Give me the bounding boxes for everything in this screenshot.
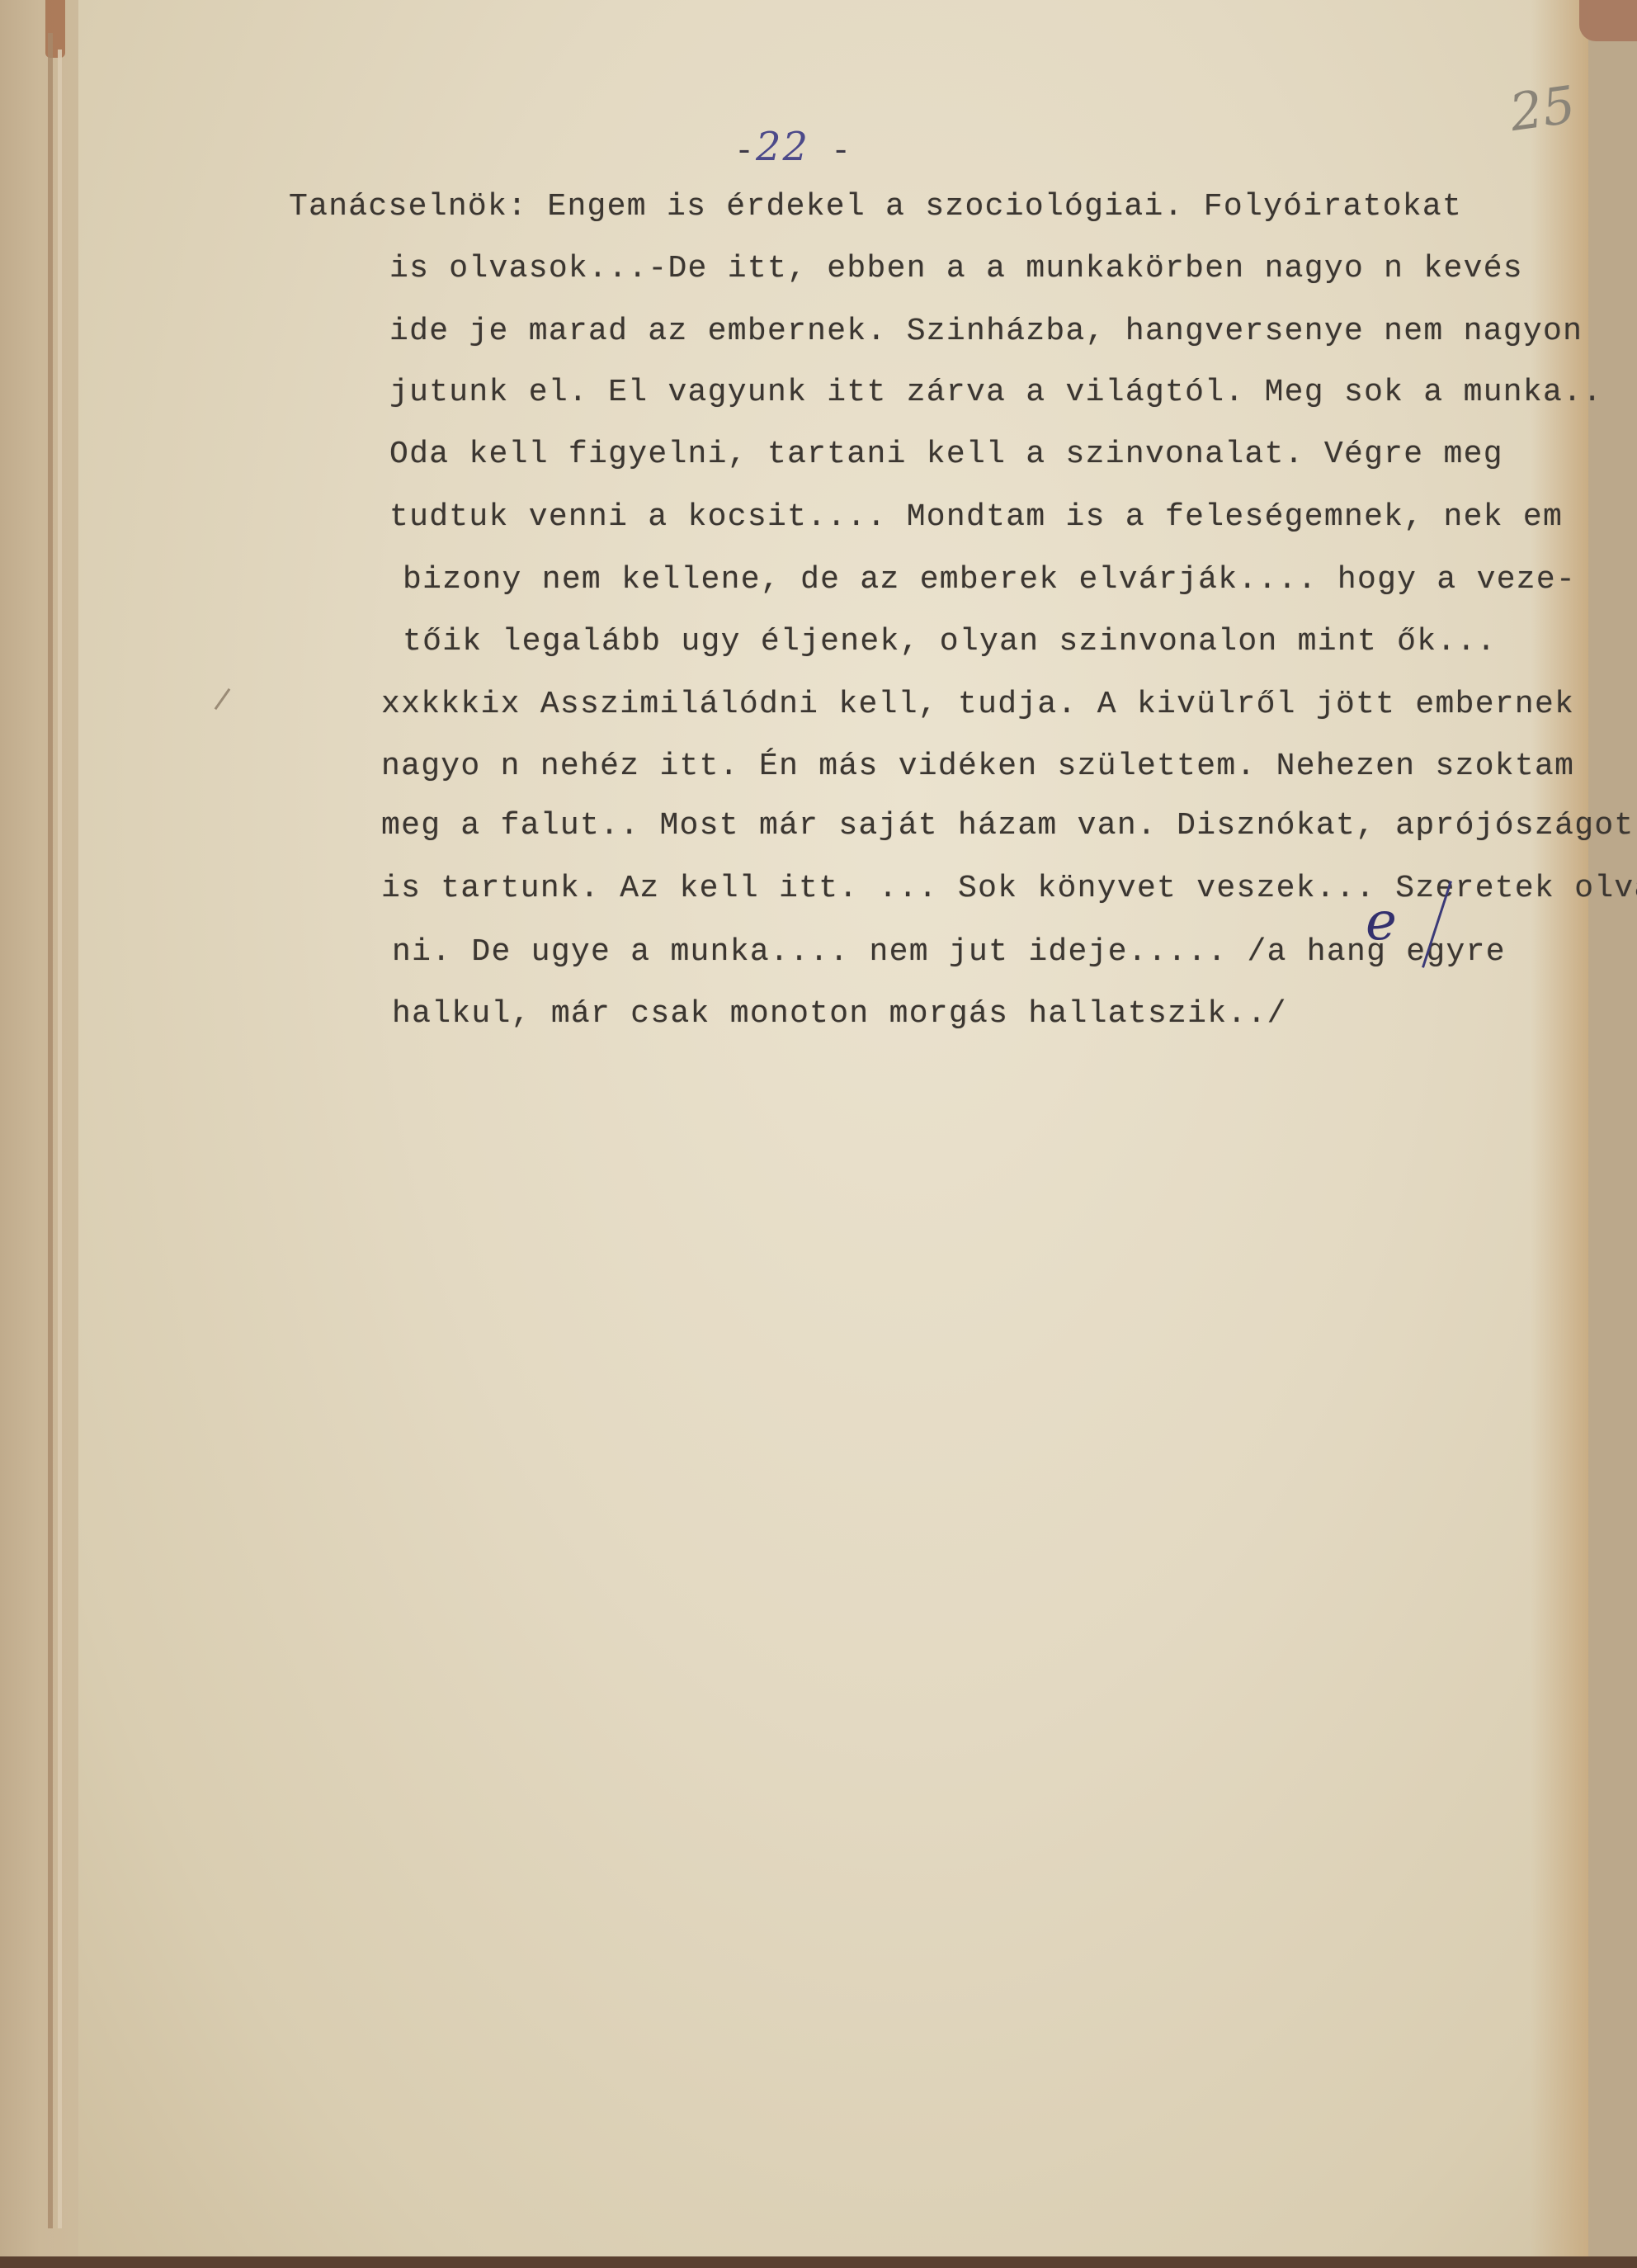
page-number: -22 - xyxy=(734,124,852,171)
table-edge xyxy=(0,2256,1637,2268)
binding-edge-highlight xyxy=(58,50,62,2228)
archive-folio-number: 25 xyxy=(1506,74,1578,143)
binding-edge xyxy=(48,33,53,2228)
page-number-handwritten: 22 xyxy=(756,124,809,170)
page-number-prefix: - xyxy=(734,134,756,171)
handwritten-correction: e xyxy=(1366,891,1397,952)
page-corner xyxy=(1579,0,1637,41)
page-number-suffix: - xyxy=(809,134,852,171)
